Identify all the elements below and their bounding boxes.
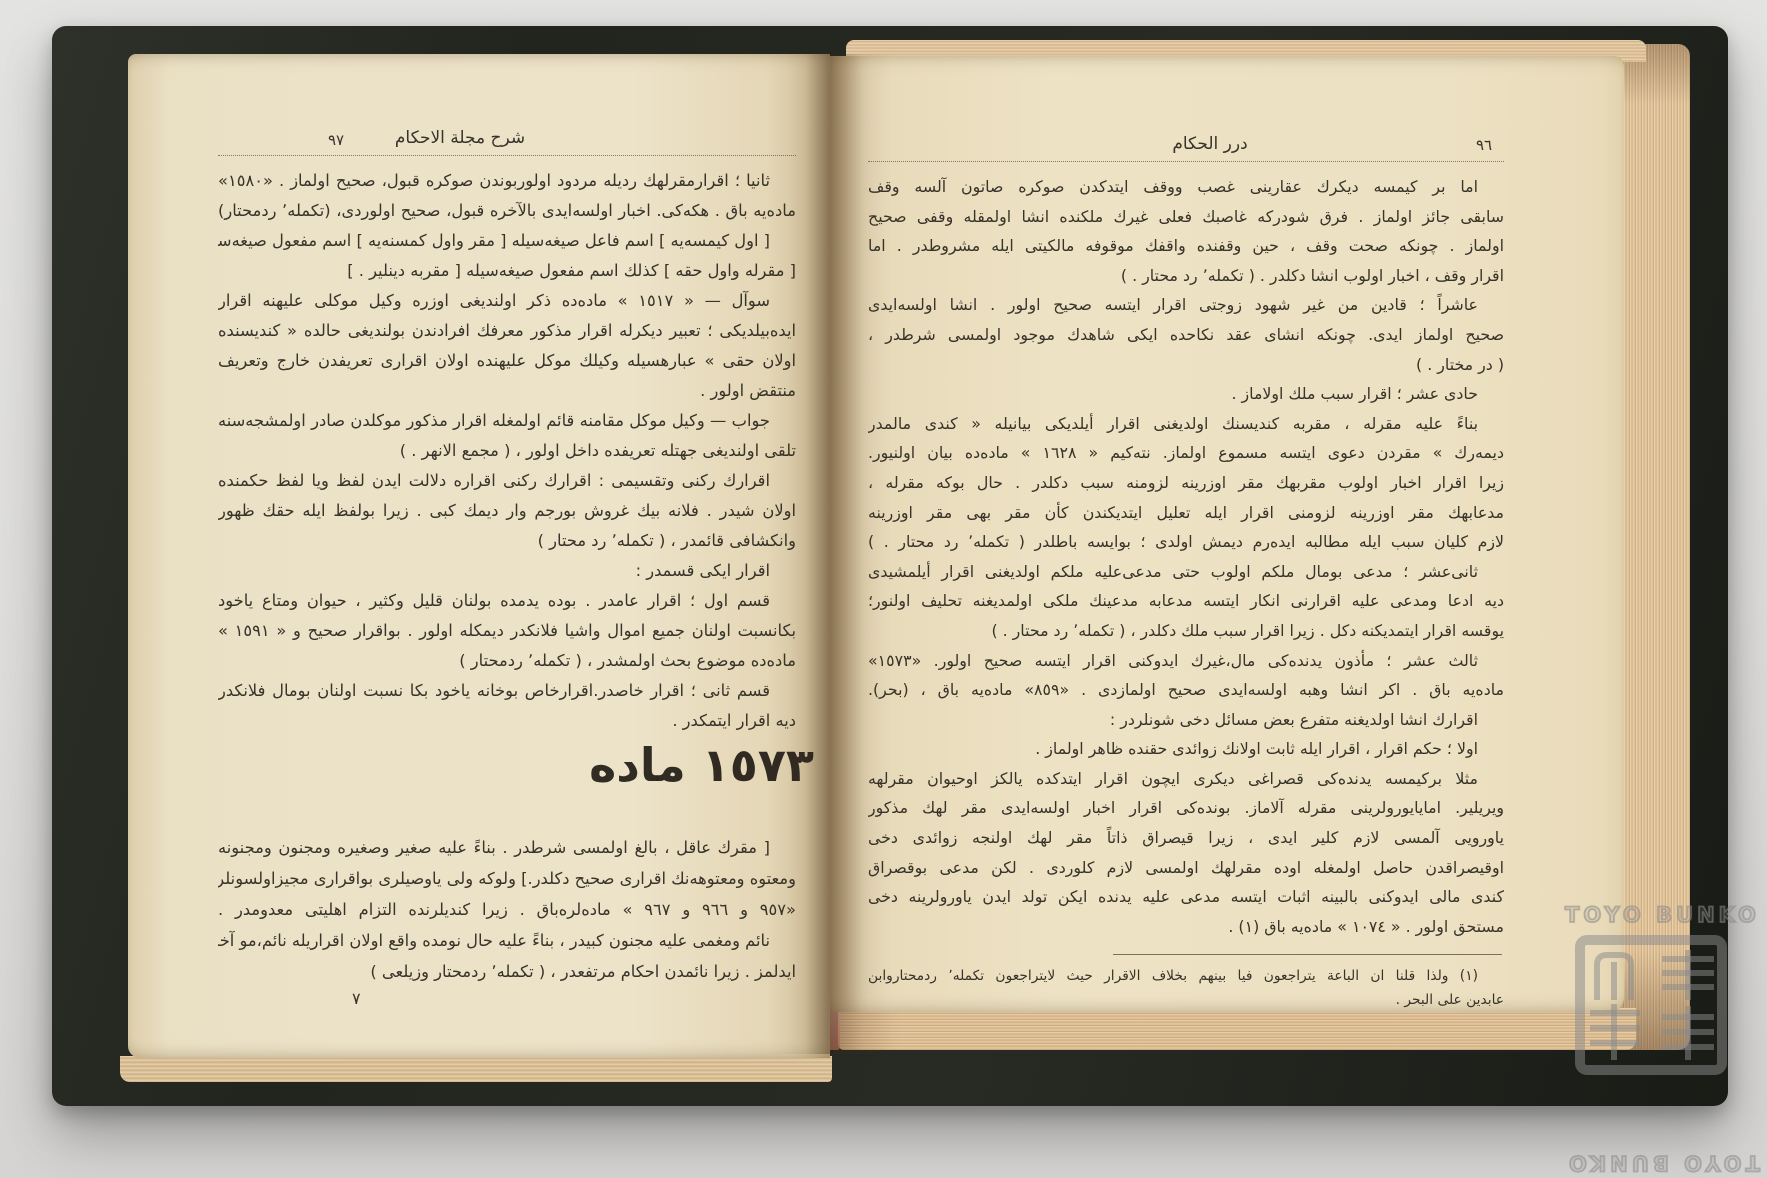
right-page-number: ٩٦ [1476,136,1492,154]
page-edge-right [1618,44,1690,1050]
text-line: اقرار وقف ، اخبار اولوب انشا دكلدر . ( ت… [868,261,1504,291]
left-page-number: ٩٧ [328,131,344,149]
text-line: اولا ؛ حكم اقرار ، اقرار ايله ثابت اولان… [868,734,1504,764]
text-line: اولان حقى » عبارهسيله وكيلك موكل عليهنده… [218,346,796,376]
toyo-bunko-wordmark-flipped: TOYO BUNKO [1565,1151,1760,1175]
text-line: ثانى‌عشر ؛ مدعى بومال ملكم اولوب حتى مدع… [868,557,1504,587]
text-line: يوقسه اقرار ايتمديكنه دكل . زيرا اقرار س… [868,616,1504,646]
text-line: «٩٥٧ و ٩٦٦ و ٩٦٧ » ماده‌لره‌باق . زيرا ك… [218,894,796,925]
footnote-rule [1113,954,1502,955]
text-line: حادى عشر ؛ اقرار سبب ملك اولاماز . [868,379,1504,409]
page-edge-bottom-right [838,1008,1636,1050]
text-line: ايده‌بيلديكى ؛ تعبير ديكرله اقرار مذكور … [218,316,796,346]
right-header-rule [868,161,1504,162]
signature-mark: ٧ [352,989,361,1008]
text-line: بكانسبت اولنان جميع اموال واشيا فلانكدر … [218,616,796,646]
text-line: اما بر كيمسه ديكرك عقارينى غصب ووقف ايتد… [868,172,1504,202]
text-line: تلقى اولنديغى جهتله تعريفده داخل اولور ،… [218,436,796,466]
text-line: [ مقرله واول حقه ] كذلك اسم مفعول صيغه‌س… [218,256,796,286]
text-line: ديه اقرار ايتمكدر . [218,706,796,736]
text-line: مثلا بركيمسه يدنده‌كى قصراغى ديكرى ايچون… [868,764,1504,794]
text-line: ماده‌يه باق . اكر انشا وهبه اولسه‌ايدى ص… [868,675,1504,705]
left-text-block-upper: ثانيا ؛ اقرارمقرلهك رديله مردود اولوربون… [218,166,796,736]
text-line: بناءً عليه مقرله ، مقربه كنديسنك اولديغن… [868,409,1504,439]
text-line: ديه ادعا ومدعى عليه اقرارنى انكار ايتسه … [868,586,1504,616]
text-line: [ مقرك عاقل ، بالغ اولمسى شرطدر . بناءً … [218,832,796,863]
left-header-rule [218,155,796,156]
text-line: ايدلمز . زيرا نائمدن احكام مرتفعدر ، ( ت… [218,956,796,987]
text-line: ماده‌يه باق . هكه‌كى. اخبار اولسه‌ايدى ب… [218,196,796,226]
text-line: سابقى جائز اولماز . فرق شودركه غاصبك فعل… [868,202,1504,232]
right-page: درر الحكام ٩٦ اما بر كيمسه ديكرك عقارينى… [830,56,1624,1012]
left-text-block-lower: [ مقرك عاقل ، بالغ اولمسى شرطدر . بناءً … [218,832,796,987]
right-text-block: اما بر كيمسه ديكرك عقارينى غصب ووقف ايتد… [868,172,1504,941]
text-line: منتقض اولور . [218,376,796,406]
text-line: ثانيا ؛ اقرارمقرلهك رديله مردود اولوربون… [218,166,796,196]
text-line: اوقيصراقدن حاصل اولمغله اوده مقرلهك اولم… [868,853,1504,883]
text-line: وانكشافى قائمدر ، ( تكمله٬ رد محتار ) [218,526,796,556]
footnote-line: عابدين على البحر . [868,988,1504,1012]
text-line: اقرارك انشا اولديغنه متفرع بعض مسائل دخى… [868,705,1504,735]
footnote-block: (١) ولذا قلنا ان الباعة يتراجعون فيا بين… [868,964,1504,1012]
text-line: قسم اول ؛ اقرار عامدر . بوده يدمده بولنا… [218,586,796,616]
text-line: نائم ومغمى عليه مجنون كبيدر ، بناءً عليه… [218,925,796,956]
text-line: عاشراً ؛ قادين من غير شهود زوجتى اقرار ا… [868,290,1504,320]
text-line: زيرا اقرار اخبار اولوب مقربهك مقر اوزرين… [868,468,1504,498]
text-line: ماده‌ده موضوع بحث اولمشدر ، ( تكمله٬ ردم… [218,646,796,676]
text-line: ديمه‌رك » مقردن دعوى ايتسه مسموع اولماز.… [868,438,1504,468]
text-line: ومعتوه ومعتوهه‌نك اقرارى صحيح دكلدر.] ول… [218,863,796,894]
text-line: كندى مالى ايدوكنى بالبينه اثبات ايتسه مد… [868,882,1504,912]
right-page-header-title: درر الحكام [1090,134,1330,154]
text-line: اقرار ايكى قسمدر : [218,556,796,586]
photo-of-open-book: شرح مجلة الاحكام ٩٧ ثانيا ؛ اقرارمقرلهك … [0,0,1767,1178]
left-page: شرح مجلة الاحكام ٩٧ ثانيا ؛ اقرارمقرلهك … [128,54,830,1058]
text-line: ويريلير. امايايورولرينى مقرله آلاماز. بو… [868,793,1504,823]
text-line: اولماز . چونكه صحت وقف ، حين وقفنده واقف… [868,231,1504,261]
text-line: قسم ثانى ؛ اقرار خاصدر.اقرارخاص بوخانه ي… [218,676,796,706]
text-line: ثالث عشر ؛ مأذون يدنده‌كى مال،غيرك ايدوك… [868,646,1504,676]
text-line: جواب — وكيل موكل مقامنه قائم اولمغله اقر… [218,406,796,436]
page-edge-bottom-left [120,1056,832,1082]
text-line: صحيح اولماز ايدى. چونكه انشاى عقد نكاحده… [868,320,1504,350]
footnote-line: (١) ولذا قلنا ان الباعة يتراجعون فيا بين… [868,964,1504,988]
text-line: مدعابهك مقر اوزرينه لزومنى اقرار ايله تع… [868,498,1504,528]
left-page-header-title: شرح مجلة الاحكام [340,128,580,148]
text-line: ( در مختار . ) [868,350,1504,380]
text-line: سوآل — « ١٥١٧ » ماده‌ده ذكر اولنديغى اوز… [218,286,796,316]
text-line: لازم كليان سبب ايله مطالبه ايده‌رم ديمش … [868,527,1504,557]
text-line: مستحق اولور . « ١٠٧٤ » ماده‌يه باق (١) . [868,912,1504,942]
article-heading-1573: ١٥٧٣ ماده [589,738,814,792]
text-line: اقرارك ركنى وتقسيمى : اقرارك ركنى اقراره… [218,466,796,496]
page-edge-left [84,56,132,1066]
text-line: ياورويى آلمسى لازم كلير ايدى ، زيرا قيصر… [868,823,1504,853]
text-line: [ اول كيمسه‌يه ] اسم فاعل صيغه‌سيله [ مق… [218,226,796,256]
text-line: اولان شيدر . فلانه بيك غروش بورجم وار دي… [218,496,796,526]
